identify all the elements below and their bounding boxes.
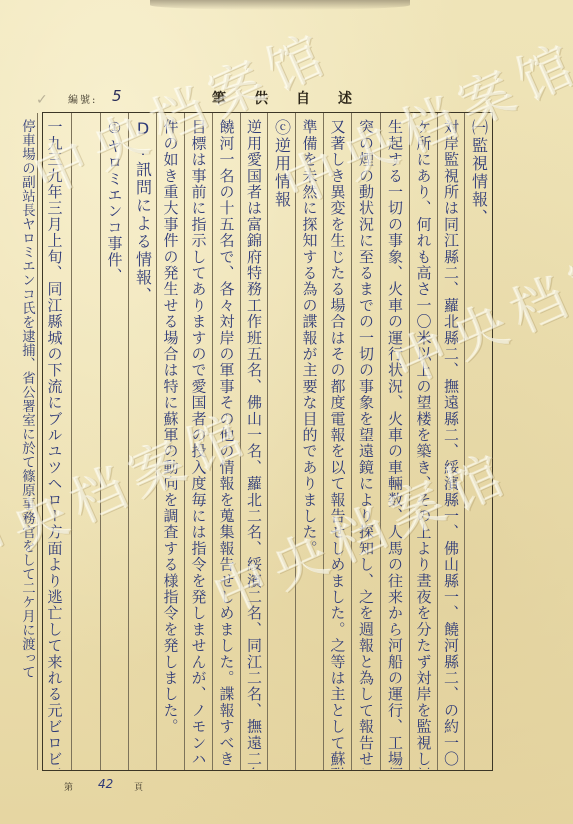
manuscript-column: 生起する一切の事象、火車の運行状況、火車の車輛数、人馬の往来から河船の運行、工場… — [380, 113, 409, 770]
manuscript-column: 突の煙の動状況に至るまでの一切の事象を望遠鏡により探知し、之を週報と為して報告せ… — [351, 113, 380, 770]
manuscript-column: ケ所にあり、何れも高さ一〇米以上の望楼を築き、その上より晝夜を分たず対岸を監視し… — [409, 113, 437, 770]
manuscript-column: 目標は事前に指示してありますので愛国者の投入度毎には指令を発しませんが、ノモンハ… — [184, 113, 212, 770]
manuscript-line: 目標は事前に指示してありますので愛国者の投入度毎には指令を発しませんが、ノモンハ… — [188, 113, 210, 769]
manuscript-column: 逆用愛国者は富錦府特務工作班五名、佛山一名、蘿北二名、綏濱二名、同江二名、撫遠二… — [240, 113, 267, 770]
manuscript-line: ㈠監視情報、 — [468, 113, 490, 769]
manuscript-column: 一九三九年三月上旬、同江縣城の下流にブルユツヘロー方面より逃亡して来れる元ビロビ… — [37, 113, 71, 770]
serial-number-label: 編號: — [68, 91, 97, 106]
manuscript-line: 生起する一切の事象、火車の運行状況、火車の車輛数、人馬の往来から河船の運行、工場… — [384, 113, 406, 769]
manuscript-line: 突の煙の動状況に至るまでの一切の事象を望遠鏡により探知し、之を週報と為して報告せ… — [355, 113, 377, 769]
document-header: ✓ 編號: 5 筆供自述 — [42, 88, 493, 108]
manuscript-column: ㈠監視情報、 — [464, 113, 492, 770]
manuscript-column: 停車場の副站長ヤロミエンコ氏を逮捕、省公署室に於て篠原事務官をして二ケ月に渡って — [16, 113, 37, 770]
page-label-prefix: 第 — [64, 780, 73, 793]
scan-shadow — [150, 0, 410, 10]
manuscript-grid: ㈠監視情報、対岸監視所は同江縣二、蘿北縣二、撫遠縣二、綏濱縣一、佛山縣一、饒河縣… — [42, 112, 493, 771]
manuscript-line: ①ヤロミエンコ事件、 — [104, 113, 126, 769]
document-title: 筆供自述 — [212, 88, 380, 108]
manuscript-line: 又著しき異変を生じたる場合はその都度電報を以て報告せしめました。之等は主として蘇… — [327, 113, 349, 769]
manuscript-column: 饒河一名の十五名で、各々対岸の軍事その他の情報を蒐集報告せしめました。諜報すべき — [212, 113, 240, 770]
manuscript-line: ⓒ逆用情報 — [271, 113, 293, 769]
manuscript-line: 饒河一名の十五名で、各々対岸の軍事その他の情報を蒐集報告せしめました。諜報すべき — [216, 113, 238, 769]
manuscript-column: 又著しき異変を生じたる場合はその都度電報を以て報告せしめました。之等は主として蘇… — [323, 113, 351, 770]
manuscript-line: 逆用愛国者は富錦府特務工作班五名、佛山一名、蘿北二名、綏濱二名、同江二名、撫遠二… — [243, 113, 265, 769]
serial-number-value: 5 — [112, 87, 122, 105]
check-mark-icon: ✓ — [36, 92, 48, 108]
page-footer: 第 42 頁 — [42, 778, 493, 796]
manuscript-line: 停車場の副站長ヤロミエンコ氏を逮捕、省公署室に於て篠原事務官をして二ケ月に渡って — [16, 113, 38, 769]
manuscript-line: 一九三九年三月上旬、同江縣城の下流にブルユツヘロー方面より逃亡して来れる元ビロビ… — [44, 113, 66, 769]
manuscript-column: 件の如き重大事件の発生せる場合は特に蘇軍の動向を調査する様指令を発しました。 — [156, 113, 184, 770]
manuscript-line: D.訊問による情報、 — [132, 113, 154, 769]
manuscript-column: 準備を未然に探知する為の諜報が主要な目的でありました。 — [295, 113, 323, 770]
manuscript-line: 準備を未然に探知する為の諜報が主要な目的でありました。 — [299, 113, 321, 769]
manuscript-line: 件の如き重大事件の発生せる場合は特に蘇軍の動向を調査する様指令を発しました。 — [160, 113, 182, 769]
manuscript-column: D.訊問による情報、 — [128, 113, 156, 770]
manuscript-line: ケ所にあり、何れも高さ一〇米以上の望楼を築き、その上より晝夜を分たず対岸を監視し… — [413, 113, 435, 769]
manuscript-line: 対岸監視所は同江縣二、蘿北縣二、撫遠縣二、綏濱縣一、佛山縣一、饒河縣二、の約一〇 — [440, 113, 462, 769]
page-number: 42 — [98, 777, 113, 791]
page-label-suffix: 頁 — [134, 780, 143, 793]
manuscript-column: 対岸監視所は同江縣二、蘿北縣二、撫遠縣二、綏濱縣一、佛山縣一、饒河縣二、の約一〇 — [437, 113, 464, 770]
manuscript-column — [71, 113, 100, 770]
manuscript-column: ⓒ逆用情報 — [267, 113, 295, 770]
manuscript-column: ①ヤロミエンコ事件、 — [100, 113, 128, 770]
